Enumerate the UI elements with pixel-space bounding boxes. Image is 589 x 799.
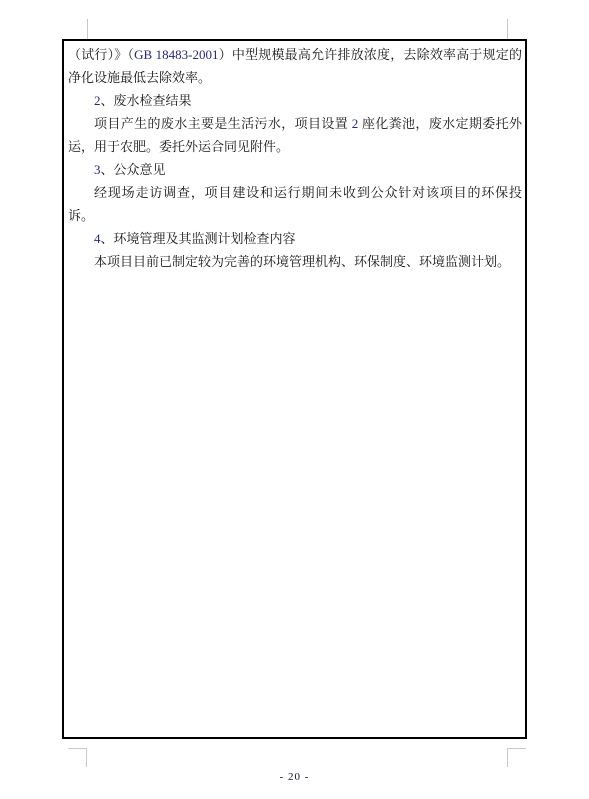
paragraph: 项目产生的废水主要是生活污水，项目设置 2 座化粪池，废水定期委托外运，用于农肥… [68, 112, 522, 158]
paragraph: 本项目目前已制定较为完善的环境管理机构、环保制度、环境监测计划。 [68, 250, 522, 273]
paragraph: （试行）》（GB 18483-2001）中型规模最高允许排放浓度，去除效率高于规… [68, 43, 522, 89]
cjk-text-run: 、环境管理及其监测计划检查内容 [101, 231, 296, 246]
text-boundary-mark-bottom-right [507, 748, 526, 767]
page-number: - 20 - [0, 771, 589, 783]
text-boundary-mark-top-right [507, 19, 508, 39]
cjk-text-run: 本项目目前已制定较为完善的环境管理机构、环保制度、环境监测计划。 [94, 254, 510, 269]
cjk-text-run: 、废水检查结果 [101, 93, 192, 108]
cjk-text-run: （试行）》（ [68, 47, 134, 62]
text-boundary-mark-top-left [87, 19, 88, 39]
latin-text-run: GB 18483-2001 [134, 47, 218, 62]
text-boundary-mark-bottom-left [68, 748, 87, 767]
paragraph: 经现场走访调查，项目建设和运行期间未收到公众针对该项目的环保投诉。 [68, 181, 522, 227]
document-page: （试行）》（GB 18483-2001）中型规模最高允许排放浓度，去除效率高于规… [0, 0, 589, 799]
cjk-text-run: 经现场走访调查，项目建设和运行期间未收到公众针对该项目的环保投诉。 [68, 185, 522, 223]
cjk-text-run: 、公众意见 [101, 162, 166, 177]
content-table-cell: （试行）》（GB 18483-2001）中型规模最高允许排放浓度，去除效率高于规… [62, 39, 527, 739]
paragraph: 2、废水检查结果 [68, 89, 522, 112]
cjk-text-run: 项目产生的废水主要是生活污水，项目设置 [94, 116, 352, 131]
document-body: （试行）》（GB 18483-2001）中型规模最高允许排放浓度，去除效率高于规… [64, 41, 525, 273]
paragraph: 3、公众意见 [68, 158, 522, 181]
paragraph: 4、环境管理及其监测计划检查内容 [68, 227, 522, 250]
